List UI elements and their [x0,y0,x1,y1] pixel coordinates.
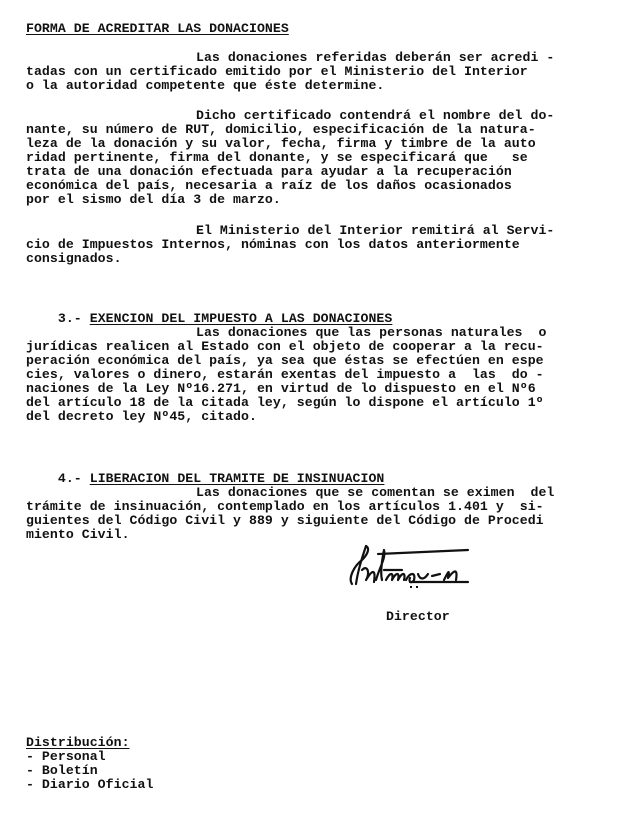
paragraph-line: consignados. [26,252,122,267]
paragraph-line: miento Civil. [26,528,130,543]
section-number: 4.- [58,471,82,486]
section-heading: LIBERACION DEL TRAMITE DE INSINUACION [90,471,385,486]
section-heading: EXENCION DEL IMPUESTO A LAS DONACIONES [90,311,393,326]
section-heading-forma: FORMA DE ACREDITAR LAS DONACIONES [26,22,289,37]
paragraph-line: del decreto ley Nº45, citado. [26,410,257,425]
section-number: 3.- [58,311,82,326]
paragraph-line: por el sismo del día 3 de marzo. [26,193,281,208]
handwritten-signature [340,540,490,590]
paragraph-line: o la autoridad competente que éste deter… [26,79,384,94]
distribution-item: - Diario Oficial [26,778,153,793]
signatory-title: Director [386,610,450,625]
document-page: FORMA DE ACREDITAR LAS DONACIONES Las do… [0,0,630,813]
